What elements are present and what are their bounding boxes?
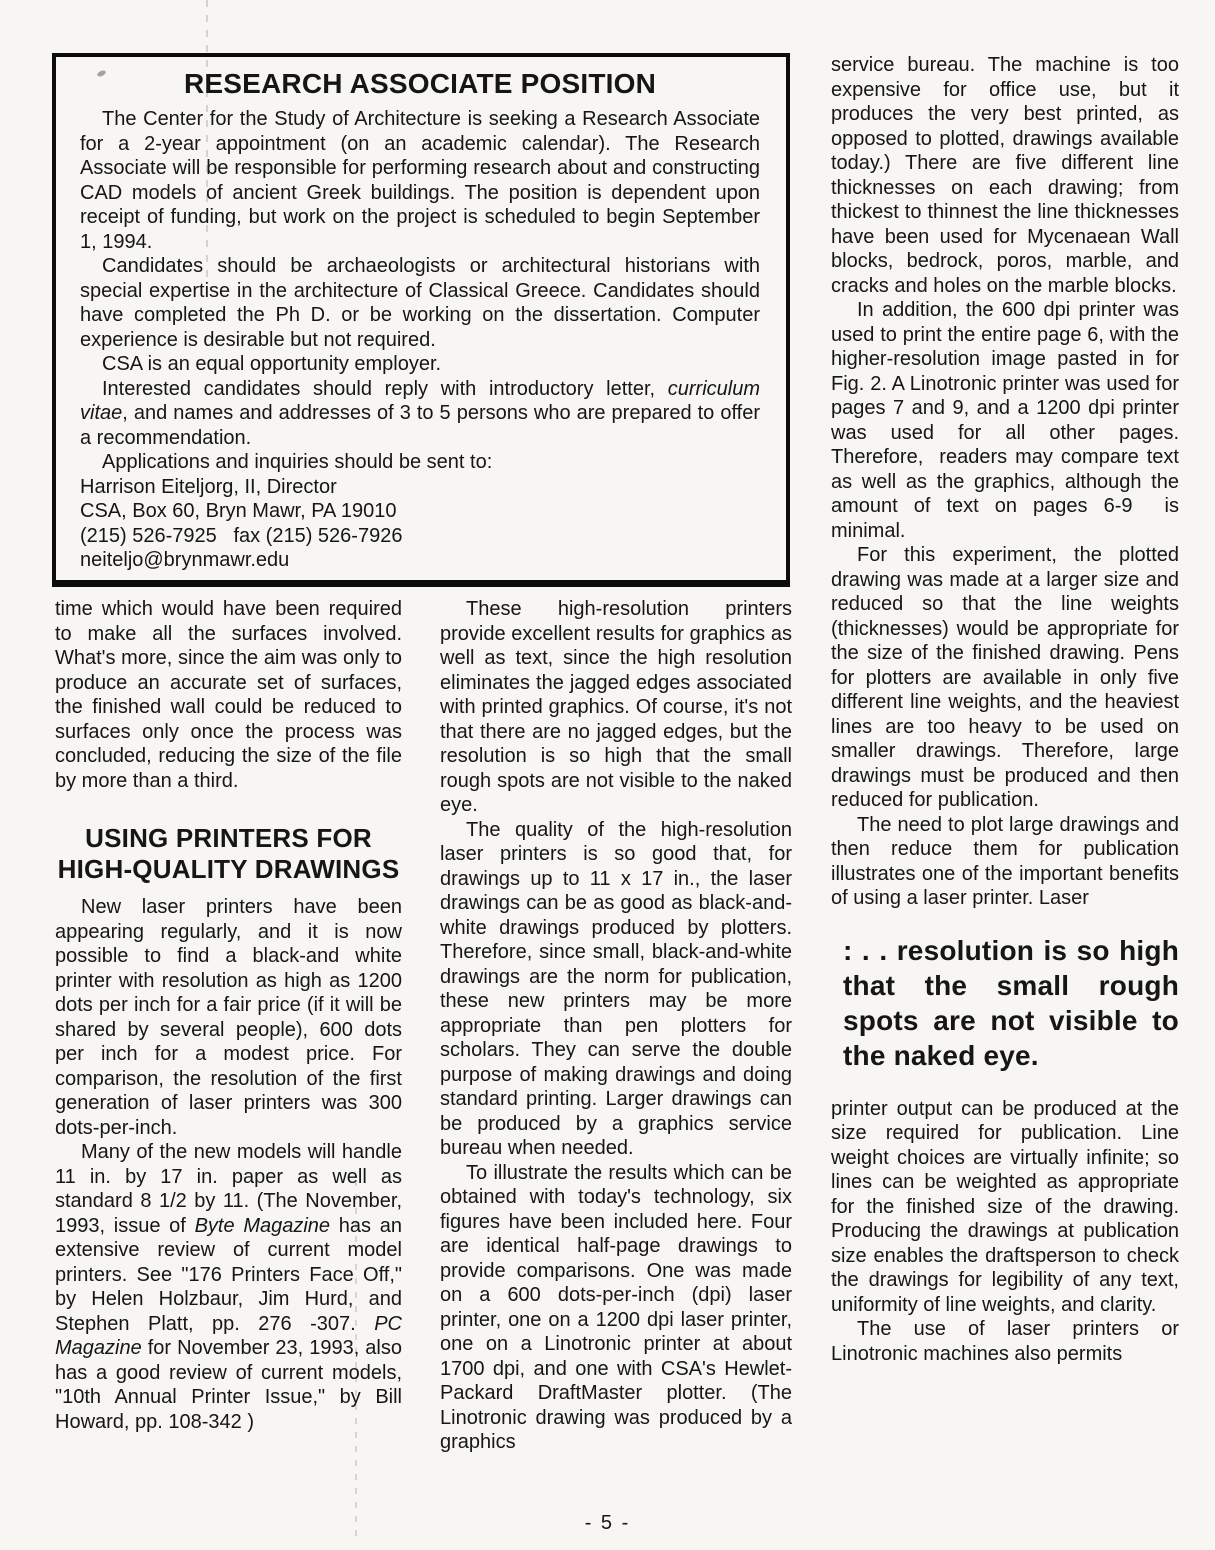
text-span: For this experiment, the plotted drawing… (831, 544, 1179, 811)
text-span: (215) 526-7925 fax (215) 526-7926 (80, 525, 402, 547)
paragraph: service bureau. The machine is too expen… (831, 53, 1179, 298)
paragraph: The need to plot large drawings and then… (831, 813, 1179, 911)
column-left: time which would have been required to m… (55, 597, 402, 1434)
paragraph: These high-resolution printers provide e… (440, 597, 792, 818)
column-middle: These high-resolution printers provide e… (440, 597, 792, 1455)
paragraph: Applications and inquiries should be sen… (80, 450, 760, 475)
page-sheet: RESEARCH ASSOCIATE POSITION The Center f… (0, 0, 1215, 1550)
paragraph: The Center for the Study of Architecture… (80, 107, 760, 254)
paragraph: The use of laser printers or Linotronic … (831, 1317, 1179, 1366)
text-span: The quality of the high-resolution laser… (440, 819, 792, 1160)
paragraph: In addition, the 600 dpi printer was use… (831, 298, 1179, 543)
address-line: CSA, Box 60, Bryn Mawr, PA 19010 (80, 499, 760, 524)
text-span: CSA, Box 60, Bryn Mawr, PA 19010 (80, 500, 396, 522)
paragraph: New laser printers have been appearing r… (55, 895, 402, 1140)
text-span: neiteljo@brynmawr.edu (80, 549, 289, 571)
text-span: Candidates should be archaeologists or a… (80, 255, 760, 351)
text-span: printer output can be produced at the si… (831, 1098, 1179, 1316)
box-title: RESEARCH ASSOCIATE POSITION (80, 67, 760, 101)
paragraph: time which would have been required to m… (55, 597, 402, 793)
pull-quote: : . . resolution is so high that the sma… (831, 933, 1179, 1073)
paragraph: CSA is an equal opportunity employer. (80, 352, 760, 377)
text-span: In addition, the 600 dpi printer was use… (831, 299, 1179, 542)
text-span: The use of laser printers or Linotronic … (831, 1318, 1179, 1365)
text-span: The need to plot large drawings and then… (831, 814, 1179, 910)
address-line: Harrison Eiteljorg, II, Director (80, 475, 760, 500)
section-heading: USING PRINTERS FORHIGH-QUALITY DRAWINGS (55, 823, 402, 885)
paragraph: The quality of the high-resolution laser… (440, 818, 792, 1161)
text-span: CSA is an equal opportunity employer. (102, 353, 441, 375)
paragraph: printer output can be produced at the si… (831, 1097, 1179, 1318)
column-right: service bureau. The machine is too expen… (831, 53, 1179, 1366)
text-span: Applications and inquiries should be sen… (102, 451, 492, 473)
paragraph: Candidates should be archaeologists or a… (80, 254, 760, 352)
text-span: Interested candidates should reply with … (102, 378, 668, 400)
paragraph: For this experiment, the plotted drawing… (831, 543, 1179, 813)
text-span: , and names and addresses of 3 to 5 pers… (80, 402, 760, 449)
text-span: New laser printers have been appearing r… (55, 896, 402, 1139)
paragraph: To illustrate the results which can be o… (440, 1161, 792, 1455)
text-span: Harrison Eiteljorg, II, Director (80, 476, 337, 498)
page-number: - 5 - (0, 1512, 1215, 1535)
address-line: neiteljo@brynmawr.edu (80, 548, 760, 573)
text-span: service bureau. The machine is too expen… (831, 54, 1179, 297)
italic-text: Byte Magazine (195, 1215, 330, 1237)
text-span: : . . resolution is so high that the sma… (843, 935, 1179, 1071)
box-body: The Center for the Study of Architecture… (80, 107, 760, 573)
text-span: The Center for the Study of Architecture… (80, 108, 760, 253)
research-position-box: RESEARCH ASSOCIATE POSITION The Center f… (52, 53, 790, 587)
text-span: These high-resolution printers provide e… (440, 598, 792, 816)
text-span: time which would have been required to m… (55, 598, 402, 792)
text-span: To illustrate the results which can be o… (440, 1162, 792, 1454)
paragraph: Interested candidates should reply with … (80, 377, 760, 451)
heading-line: HIGH-QUALITY DRAWINGS (58, 854, 400, 884)
heading-line: USING PRINTERS FOR (85, 823, 372, 853)
paragraph: Many of the new models will handle 11 in… (55, 1140, 402, 1434)
address-line: (215) 526-7925 fax (215) 526-7926 (80, 524, 760, 549)
